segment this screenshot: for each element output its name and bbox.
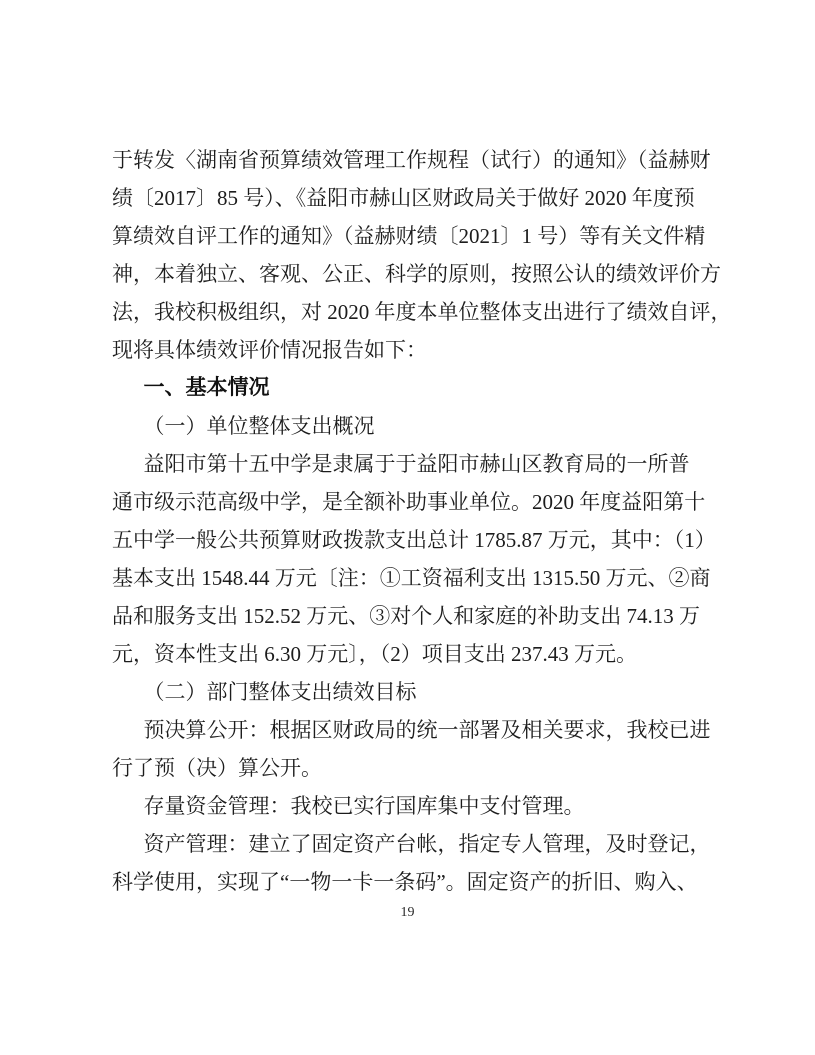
text-line: 五中学一般公共预算财政拨款支出总计 1785.87 万元，其中：（1） [112, 521, 716, 559]
text-line: 现将具体绩效评价情况报告如下： [112, 331, 716, 369]
text-line: 科学使用，实现了“一物一卡一条码”。固定资产的折旧、购入、 [112, 863, 716, 901]
text-line: 存量资金管理：我校已实行国库集中支付管理。 [112, 787, 716, 825]
text-line: 通市级示范高级中学，是全额补助事业单位。2020 年度益阳第十 [112, 483, 716, 521]
text-line: 算绩效自评工作的通知》（益赫财绩〔2021〕1 号）等有关文件精 [112, 217, 716, 255]
text-line: 益阳市第十五中学是隶属于于益阳市赫山区教育局的一所普 [112, 445, 716, 483]
text-line: 绩〔2017〕85 号）、《益阳市赫山区财政局关于做好 2020 年度预 [112, 179, 716, 217]
document-page: 于转发〈湖南省预算绩效管理工作规程（试行）的通知》（益赫财 绩〔2017〕85 … [0, 0, 815, 1055]
text-line: 于转发〈湖南省预算绩效管理工作规程（试行）的通知》（益赫财 [112, 141, 716, 179]
text-line: 资产管理：建立了固定资产台帐，指定专人管理，及时登记， [112, 825, 716, 863]
section-heading-basic-info: 一、基本情况 [112, 369, 716, 407]
page-number: 19 [0, 903, 815, 923]
text-line: 神，本着独立、客观、公正、科学的原则，按照公认的绩效评价方 [112, 255, 716, 293]
text-line: 法，我校积极组织，对 2020 年度本单位整体支出进行了绩效自评， [112, 293, 716, 331]
subsection-heading-overall-expenditure: （一）单位整体支出概况 [112, 407, 716, 445]
text-line: 预决算公开：根据区财政局的统一部署及相关要求，我校已进 [112, 711, 716, 749]
text-line: 行了预（决）算公开。 [112, 749, 716, 787]
document-body: 于转发〈湖南省预算绩效管理工作规程（试行）的通知》（益赫财 绩〔2017〕85 … [112, 141, 716, 901]
text-line: 元，资本性支出 6.30 万元〕，（2）项目支出 237.43 万元。 [112, 635, 716, 673]
text-line: 基本支出 1548.44 万元〔注：①工资福利支出 1315.50 万元、②商 [112, 559, 716, 597]
text-line: 品和服务支出 152.52 万元、③对个人和家庭的补助支出 74.13 万 [112, 597, 716, 635]
subsection-heading-performance-goals: （二）部门整体支出绩效目标 [112, 673, 716, 711]
